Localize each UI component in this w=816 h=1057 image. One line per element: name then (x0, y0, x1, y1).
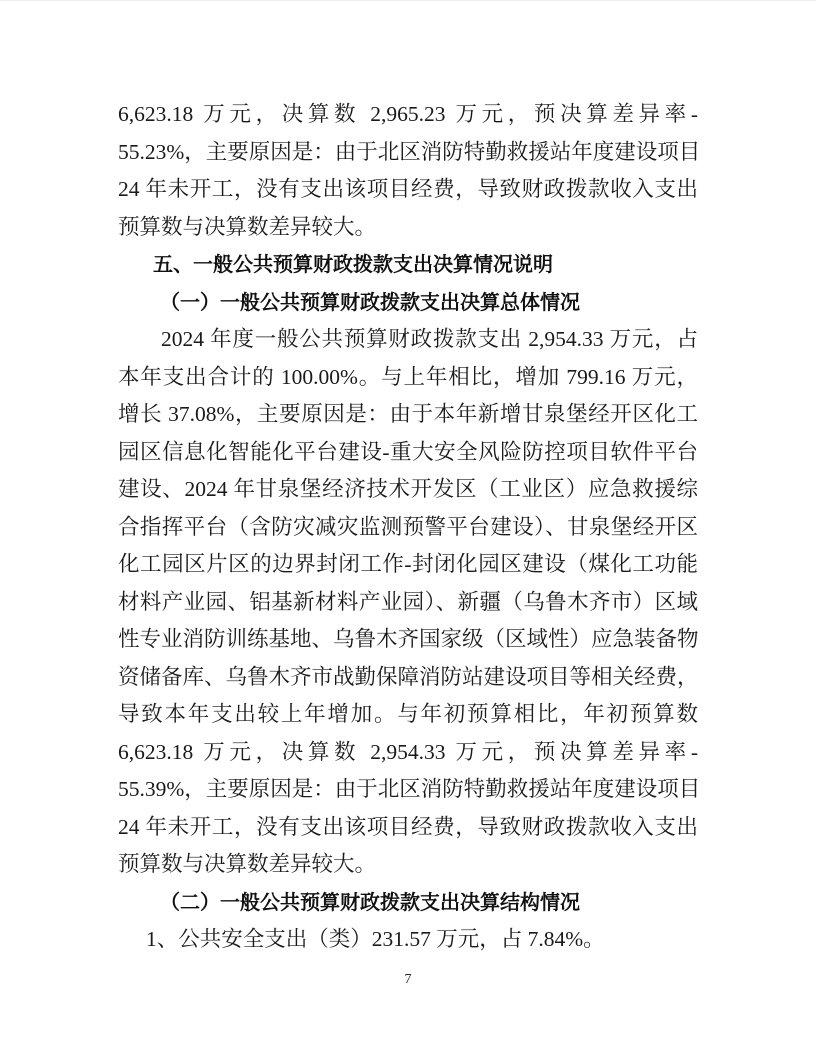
text-line: 55.39%，主要原因是：由于北区消防特勤救援站年度建设项目 (118, 771, 698, 809)
subsection-heading-5-2: （二）一般公共预算财政拨款支出决算结构情况 (118, 884, 698, 922)
text-line: 建设、2024 年甘泉堡经济技术开发区（工业区）应急救援综 (118, 471, 698, 509)
text-line: 24 年未开工，没有支出该项目经费，导致财政拨款收入支出 (118, 171, 698, 209)
document-page: 6,623.18 万元，决算数 2,965.23 万元，预决算差异率-55.23… (0, 0, 816, 1057)
text-line: 资储备库、乌鲁木齐市战勤保障消防站建设项目等相关经费， (118, 659, 698, 697)
subsection-heading-5-1: （一）一般公共预算财政拨款支出决算总体情况 (118, 284, 698, 322)
page-number: 7 (405, 972, 412, 987)
text-line: 2024 年度一般公共预算财政拨款支出 2,954.33 万元，占 (118, 321, 698, 359)
paragraph-continuation-budget-variance: 6,623.18 万元，决算数 2,965.23 万元，预决算差异率-55.23… (118, 96, 698, 246)
text-line: 6,623.18 万元，决算数 2,965.23 万元，预决算差异率- (118, 96, 698, 134)
text-line: 本年支出合计的 100.00%。与上年相比，增加 799.16 万元， (118, 359, 698, 397)
text-line: 预算数与决算数差异较大。 (118, 209, 698, 247)
text-line: 化工园区片区的边界封闭工作-封闭化园区建设（煤化工功能 (118, 546, 698, 584)
text-line: 园区信息化智能化平台建设-重大安全风险防控项目软件平台 (118, 434, 698, 472)
text-line: 预算数与决算数差异较大。 (118, 846, 698, 884)
section-heading-5: 五、一般公共预算财政拨款支出决算情况说明 (118, 246, 698, 284)
paragraph-item-1-public-safety: 1、公共安全支出（类）231.57 万元，占 7.84%。 (118, 921, 698, 959)
page-footer: 7 (0, 970, 816, 990)
text-line: 6,623.18 万元，决算数 2,954.33 万元，预决算差异率- (118, 734, 698, 772)
text-line: 性专业消防训练基地、乌鲁木齐国家级（区域性）应急装备物 (118, 621, 698, 659)
text-line: 材料产业园、铝基新材料产业园）、新疆（乌鲁木齐市）区域 (118, 584, 698, 622)
paragraph-expenditure-overall: 2024 年度一般公共预算财政拨款支出 2,954.33 万元，占本年支出合计的… (118, 321, 698, 884)
text-line: 增长 37.08%，主要原因是：由于本年新增甘泉堡经开区化工 (118, 396, 698, 434)
text-line: 24 年未开工，没有支出该项目经费，导致财政拨款收入支出 (118, 809, 698, 847)
text-line: 导致本年支出较上年增加。与年初预算相比，年初预算数 (118, 696, 698, 734)
text-line: 55.23%，主要原因是：由于北区消防特勤救援站年度建设项目 (118, 134, 698, 172)
text-line: 合指挥平台（含防灾减灾监测预警平台建设）、甘泉堡经开区 (118, 509, 698, 547)
text-line: 1、公共安全支出（类）231.57 万元，占 7.84%。 (118, 921, 698, 959)
document-content: 6,623.18 万元，决算数 2,965.23 万元，预决算差异率-55.23… (118, 96, 698, 959)
